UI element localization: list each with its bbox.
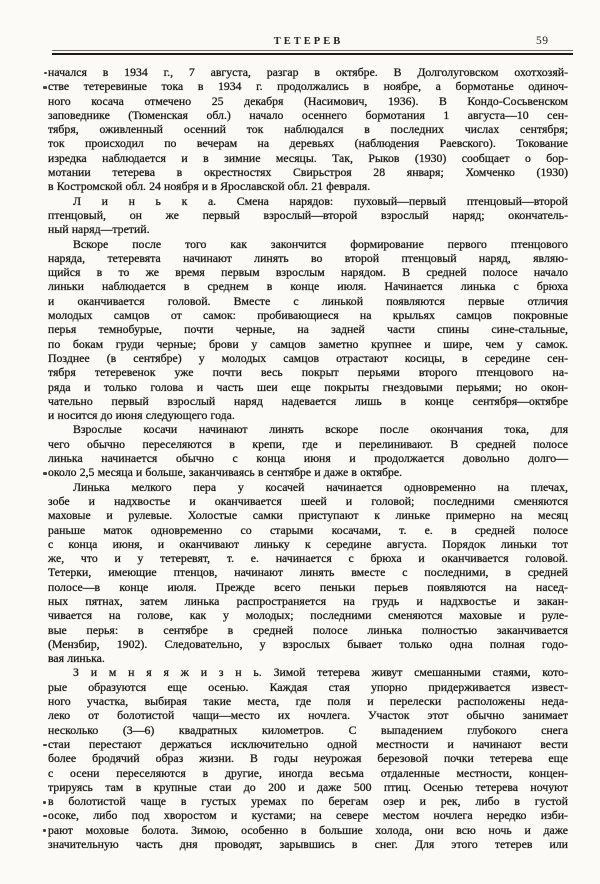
scan-speck — [43, 472, 47, 475]
text-line: стаи перестают держаться исключительно о… — [48, 737, 568, 751]
text-line: чего обычно переселяются в крепи, где и … — [48, 437, 568, 451]
scan-speck — [43, 815, 47, 817]
text-line: ряда и только голова и часть шеи еще пок… — [48, 380, 568, 394]
text-line: вые перья: в сентябре в средней полосе л… — [48, 623, 568, 637]
text-line: Взрослые косачи начинают линять вскоре п… — [48, 422, 568, 436]
scan-speck — [43, 744, 47, 746]
text-line: с конца июня, и оканчивают линьку к сере… — [48, 537, 568, 551]
scan-speck — [43, 801, 46, 804]
page-number: 59 — [536, 35, 549, 47]
text-line: мотании тетерева в окрестностях Свирьстр… — [48, 165, 568, 179]
text-line: раньше маток одновременно со старыми кос… — [48, 523, 568, 537]
text-line: чивается на голове, как у молодых; после… — [48, 608, 568, 622]
text-line: с осени переселяются в другие, иногда ве… — [48, 766, 568, 780]
text-line: в болотистой чаще в густых уремах по бер… — [48, 794, 568, 808]
scan-speck — [43, 829, 46, 832]
text-line: около 2,5 месяца и больше, заканчиваясь … — [48, 465, 568, 479]
text-line: значительную часть дня проводят, зарывши… — [48, 837, 568, 851]
running-title: ТЕТЕРЕВ — [48, 36, 569, 47]
text-line: осоке, либо под хворостом и кустами; на … — [48, 808, 568, 822]
text-line: ток происходил по вечерам на деревьях (н… — [48, 136, 568, 150]
page-body: начался в 1934 г., 7 августа, разгар в о… — [48, 65, 568, 851]
text-line: перья темнобурые, почти черные, на задне… — [48, 322, 568, 336]
text-line: наряда, тетеревята начинают линять во вт… — [48, 251, 568, 265]
text-line: З и м н я я ж и з н ь. Зимой тетерева жи… — [48, 665, 568, 679]
header-rule-thick-line — [52, 53, 573, 56]
text-line: рают моховые болота. Зимою, особенно в б… — [48, 823, 568, 837]
scan-speck — [43, 86, 47, 89]
paragraph: Л и н ь к а. Смена нарядов: пуховый—перв… — [48, 194, 568, 237]
header-rule-thin-line — [52, 50, 573, 51]
text-line: рые образуются еще осенью. Каждая стая у… — [48, 680, 568, 694]
paragraph: Взрослые косачи начинают линять вскоре п… — [48, 422, 568, 479]
text-line: (Мензбир, 1902). Следовательно, у взросл… — [48, 637, 568, 651]
text-line: ный наряд—третий. — [48, 222, 568, 236]
text-line: Вскоре после того как закончится формиро… — [48, 237, 568, 251]
text-line: линька начинается обычно с конца июня и … — [48, 451, 568, 465]
scan-speck — [44, 72, 47, 74]
text-line: ного косача отмечено 25 декабря (Насимов… — [48, 94, 568, 108]
text-line: более бродячий образ жизни. В годы неуро… — [48, 751, 568, 765]
text-line: изредка наблюдается и в зимние месяцы. Т… — [48, 151, 568, 165]
text-line: и носится до июня следующего года. — [48, 408, 568, 422]
text-line: чательно первый взрослый наряд надеваетс… — [48, 394, 568, 408]
text-line: Линька мелкого пера у косачей начинается… — [48, 480, 568, 494]
text-line: и оканчивается головой. Вместе с линькой… — [48, 294, 568, 308]
paragraph: начался в 1934 г., 7 августа, разгар в о… — [48, 65, 568, 194]
text-line: стве тетеревиные тока в 1934 г. продолжа… — [48, 79, 568, 93]
text-line: маховые и рулевые. Холостые самки присту… — [48, 508, 568, 522]
text-line: тября тетеревенок уже почти весь покрыт … — [48, 365, 568, 379]
text-line: щийся в то же время первым взрослым наря… — [48, 265, 568, 279]
text-line: птенцовый, он же первый взрослый—второй … — [48, 208, 568, 222]
text-line: молодых самцов от самок: пробивающиеся н… — [48, 308, 568, 322]
text-line: полосе—в конце июля. Прежде всего пеньки… — [48, 580, 568, 594]
text-line: трируясь там в крупные стаи до 200 и даж… — [48, 780, 568, 794]
text-line: ного участка, выбирая такие места, где п… — [48, 694, 568, 708]
text-line: ных пятнах, затем линька распространяетс… — [48, 594, 568, 608]
paragraph: Вскоре после того как закончится формиро… — [48, 237, 568, 423]
text-line: несколько (3—6) квадратных километров. С… — [48, 723, 568, 737]
text-line: леко от болотистой чащи—место их ночлега… — [48, 708, 568, 722]
text-line: же, что и у тетеревят, т. е. начинается … — [48, 551, 568, 565]
paragraph: З и м н я я ж и з н ь. Зимой тетерева жи… — [48, 665, 568, 851]
paragraph: Линька мелкого пера у косачей начинается… — [48, 480, 568, 666]
text-line: Позднее (в сентябре) у молодых самцов от… — [48, 351, 568, 365]
text-line: в Костромской обл. 24 ноября и в Ярослав… — [48, 179, 568, 193]
text-line: линьки наблюдается в среднем в конце июл… — [48, 279, 568, 293]
text-line: начался в 1934 г., 7 августа, разгар в о… — [48, 65, 568, 79]
text-line: зобе и надхвостье и оканчивается шеей и … — [48, 494, 568, 508]
text-line: Л и н ь к а. Смена нарядов: пуховый—перв… — [48, 194, 568, 208]
header-rule — [52, 50, 573, 55]
text-line: Тетерки, имеющие птенцов, начинают линят… — [48, 565, 568, 579]
text-line: по бокам груди черные; брови у самцов за… — [48, 337, 568, 351]
scanned-book-page: ТЕТЕРЕВ 59 начался в 1934 г., 7 августа,… — [0, 0, 600, 884]
text-line: тября, оживленный осенний ток наблюдался… — [48, 122, 568, 136]
text-line: заповеднике (Тюменская обл.) начало осен… — [48, 108, 568, 122]
text-line: вая линька. — [48, 651, 568, 665]
